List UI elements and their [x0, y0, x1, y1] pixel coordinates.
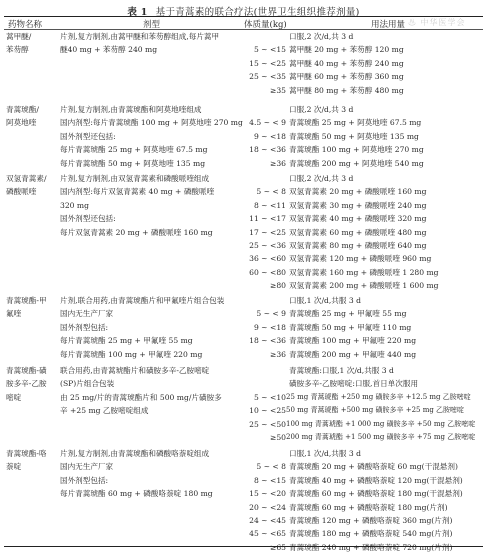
dosage-form-line: 国内无生产厂家	[60, 460, 248, 473]
dose-line: 双氢青蒿素 120 mg + 磷酸哌喹 960 mg	[289, 252, 485, 265]
dosage-form-cell: 联合用药,由青蒿琥酯片和磺胺多辛-乙胺嘧啶 (SP)片组合包装 由 25 mg/…	[60, 364, 248, 418]
dose-line: 蒿甲醚 20 mg + 苯芴醇 120 mg	[289, 43, 485, 56]
drug-name-line: 胺多辛-乙胺	[6, 377, 64, 390]
drug-name-cell: 青蒿琥酯/ 阿莫地喹	[6, 103, 64, 130]
dose-line: 双氢青蒿素 80 mg + 磷酸哌喹 640 mg	[289, 239, 485, 252]
dose-line: 200 mg 青蒿琥酯 +1 500 mg 磺胺多辛 +75 mg 乙胺嘧啶	[286, 431, 482, 444]
regimen-line: 口服,2 次/d,共 3 d	[289, 172, 485, 185]
dosage-form-line: 国内剂型:每片双氢青蒿素 40 mg + 磷酸哌喹	[60, 185, 248, 198]
dose-line: 青蒿琥酯 25 mg + 阿莫地喹 67.5 mg	[289, 116, 485, 129]
dose-line: 青蒿琥酯 120 mg + 磷酸咯萘啶 360 mg(片剂)	[289, 514, 485, 527]
dosage-form-line: 由 25 mg/片的青蒿琥酯片和 500 mg/片磺胺多	[60, 391, 248, 404]
dose-line: 双氢青蒿素 160 mg + 磷酸哌喹 1 280 mg	[289, 266, 485, 279]
dosage-form-line: 片剂,复方制剂,由青蒿琥酯和阿莫地喹组成	[60, 103, 248, 116]
drug-name-cell: 青蒿琥酯-咯 萘啶	[6, 447, 64, 474]
dosage-form-line: 320 mg	[60, 199, 248, 212]
dose-line: 蒿甲醚 80 mg + 苯芴醇 480 mg	[289, 84, 485, 97]
dosage-form-line: 每片青蒿琥酯 100 mg + 甲氟喹 220 mg	[60, 348, 248, 361]
dosage-form-line: 每片青蒿琥酯 25 mg + 甲氟喹 55 mg	[60, 334, 248, 347]
dose-line: 25 mg 青蒿琥酯 +250 mg 磺胺多辛 +12.5 mg 乙胺嘧啶	[286, 391, 482, 404]
drug-name-line: 萘啶	[6, 460, 64, 473]
drug-name-cell: 双氢青蒿素/ 磷酸哌喹	[6, 172, 64, 199]
dosage-form-line: 国外剂型包括:	[60, 474, 248, 487]
dosage-form-cell: 片剂,复方制剂,由青蒿琥酯和阿莫地喹组成 国内剂型:每片青蒿琥酯 100 mg …	[60, 103, 248, 170]
dose-line: 双氢青蒿素 60 mg + 磷酸哌喹 480 mg	[289, 226, 485, 239]
dosage-form-line: 国外剂型包括:	[60, 321, 248, 334]
dosage-cell: 口服,1 次/d,共服 3 d 青蒿琥酯 25 mg + 甲氟喹 55 mg 青…	[289, 294, 485, 361]
dosage-form-line: 醚40 mg + 苯芴醇 240 mg	[60, 43, 248, 56]
dosage-form-line: 每片青蒿琥酯 60 mg + 磷酸咯萘啶 180 mg	[60, 487, 248, 500]
drug-name-line: 青蒿琥酯-磺	[6, 364, 64, 377]
drug-name-line: 阿莫地喹	[6, 116, 64, 129]
dosage-cell: 口服,2 次/d,共 3 d 青蒿琥酯 25 mg + 阿莫地喹 67.5 mg…	[289, 103, 485, 170]
dose-line: 青蒿琥酯 180 mg + 磷酸咯萘啶 540 mg(片剂)	[289, 527, 485, 540]
dosage-form-cell: 片剂,复方制剂,由青蒿琥酯和磷酸咯萘啶组成 国内无生产厂家 国外剂型包括: 每片…	[60, 447, 248, 501]
regimen-line: 磺胺多辛-乙胺嘧啶:口服,首日单次服用	[286, 377, 482, 390]
dosage-form-cell: 片剂,复方制剂,由双氢青蒿素和磷酸哌喹组成 国内剂型:每片双氢青蒿素 40 mg…	[60, 172, 248, 239]
dosage-form-cell: 片剂,复方制剂,由蒿甲醚和苯芴醇组成,每片蒿甲 醚40 mg + 苯芴醇 240…	[60, 30, 248, 57]
dose-line: 青蒿琥酯 25 mg + 甲氟喹 55 mg	[289, 307, 485, 320]
dosage-form-line: 国外剂型还包括:	[60, 130, 248, 143]
dose-line: 青蒿琥酯 200 mg + 阿莫地喹 540 mg	[289, 157, 485, 170]
drug-name-line: 双氢青蒿素/	[6, 172, 64, 185]
dosage-form-line: 片剂,复方制剂,由蒿甲醚和苯芴醇组成,每片蒿甲	[60, 30, 248, 43]
drug-name-cell: 蒿甲醚/ 苯芴醇	[6, 30, 64, 57]
dose-line: 双氢青蒿素 20 mg + 磷酸哌喹 160 mg	[289, 185, 485, 198]
drug-name-line: 青蒿琥酯-咯	[6, 447, 64, 460]
drug-name-cell: 青蒿琥酯-磺 胺多辛-乙胺 嘧啶	[6, 364, 64, 404]
drug-name-line: 青蒿琥酯-甲	[6, 294, 64, 307]
drug-name-line: 磷酸哌喹	[6, 185, 64, 198]
dose-line: 双氢青蒿素 40 mg + 磷酸哌喹 320 mg	[289, 212, 485, 225]
dose-line: 青蒿琥酯 200 mg + 甲氟喹 440 mg	[289, 348, 485, 361]
dose-line: 青蒿琥酯 50 mg + 甲氟喹 110 mg	[289, 321, 485, 334]
dosage-form-line: 每片双氢青蒿素 20 mg + 磷酸哌喹 160 mg	[60, 226, 248, 239]
dosage-form-line: 片剂,复方制剂,由青蒿琥酯和磷酸咯萘啶组成	[60, 447, 248, 460]
dose-line: 青蒿琥酯 40 mg + 磷酸咯萘啶 120 mg(干混悬剂)	[289, 474, 485, 487]
dose-line: 青蒿琥酯 60 mg + 磷酸咯萘啶 180 mg(片剂)	[289, 501, 485, 514]
dosage-form-line: 国内剂型:每片青蒿琥酯 100 mg + 阿莫地喹 270 mg	[60, 116, 248, 129]
dose-line: 青蒿琥酯 60 mg + 磷酸咯萘啶 180 mg(干混悬剂)	[289, 487, 485, 500]
dosage-cell: 口服,2 次/d,共 3 d 蒿甲醚 20 mg + 苯芴醇 120 mg 蒿甲…	[289, 30, 485, 97]
dosage-form-line: 联合用药,由青蒿琥酯片和磺胺多辛-乙胺嘧啶	[60, 364, 248, 377]
dosage-form-line: 国外剂型还包括:	[60, 212, 248, 225]
dosage-form-line: (SP)片组合包装	[60, 377, 248, 390]
dosage-form-line: 片剂,联合用药,由青蒿琥酯片和甲氟喹片组合包装	[60, 294, 248, 307]
dose-line: 蒿甲醚 40 mg + 苯芴醇 240 mg	[289, 57, 485, 70]
dose-line: 青蒿琥酯 100 mg + 甲氟喹 220 mg	[289, 334, 485, 347]
watermark-logo: ♨ 中华医学会	[408, 17, 466, 28]
dosage-cell: 口服,1 次/d,共服 3 d 青蒿琥酯 20 mg + 磷酸咯萘啶 60 mg…	[289, 447, 485, 552]
drug-name-line: 青蒿琥酯/	[6, 103, 64, 116]
drug-name-line: 蒿甲醚/	[6, 30, 64, 43]
dose-line: 100 mg 青蒿琥酯 +1 000 mg 磺胺多辛 +50 mg 乙胺嘧啶	[286, 418, 482, 431]
regimen-line: 口服,1 次/d,共服 3 d	[289, 294, 485, 307]
dose-line: 青蒿琥酯 20 mg + 磷酸咯萘啶 60 mg(干混悬剂)	[289, 460, 485, 473]
dosage-form-cell: 片剂,联合用药,由青蒿琥酯片和甲氟喹片组合包装 国内无生产厂家 国外剂型包括: …	[60, 294, 248, 361]
dose-line: 双氢青蒿素 30 mg + 磷酸哌喹 240 mg	[289, 199, 485, 212]
dosage-form-line: 辛 +25 mg 乙胺嘧啶组成	[60, 404, 248, 417]
drug-name-line: 嘧啶	[6, 391, 64, 404]
dose-line: 50 mg 青蒿琥酯 +500 mg 磺胺多辛 +25 mg 乙胺嘧啶	[286, 404, 482, 417]
drug-name-line: 苯芴醇	[6, 43, 64, 56]
regimen-line: 口服,1 次/d,共服 3 d	[289, 447, 485, 460]
dosage-cell: 口服,2 次/d,共 3 d 双氢青蒿素 20 mg + 磷酸哌喹 160 mg…	[289, 172, 485, 293]
dosage-form-line: 片剂,复方制剂,由双氢青蒿素和磷酸哌喹组成	[60, 172, 248, 185]
dosage-cell: 青蒿琥酯:口服,1 次/d,共服 3 d 磺胺多辛-乙胺嘧啶:口服,首日单次服用…	[286, 364, 482, 444]
dosage-form-line: 每片青蒿琥酯 25 mg + 阿莫地喹 67.5 mg	[60, 143, 248, 156]
dose-line: 青蒿琥酯 100 mg + 阿莫地喹 270 mg	[289, 143, 485, 156]
regimen-line: 口服,2 次/d,共 3 d	[289, 30, 485, 43]
dose-line: 蒿甲醚 60 mg + 苯芴醇 360 mg	[289, 70, 485, 83]
dosage-form-line: 国内无生产厂家	[60, 307, 248, 320]
bottom-rule	[4, 546, 483, 547]
regimen-line: 口服,2 次/d,共 3 d	[289, 103, 485, 116]
dose-line: 双氢青蒿素 200 mg + 磷酸哌喹 1 600 mg	[289, 279, 485, 292]
drug-name-line: 氟喹	[6, 307, 64, 320]
dose-line: 青蒿琥酯 50 mg + 阿莫地喹 135 mg	[289, 130, 485, 143]
regimen-line: 青蒿琥酯:口服,1 次/d,共服 3 d	[286, 364, 482, 377]
drug-name-cell: 青蒿琥酯-甲 氟喹	[6, 294, 64, 321]
dosage-form-line: 每片青蒿琥酯 50 mg + 阿莫地喹 135 mg	[60, 157, 248, 170]
